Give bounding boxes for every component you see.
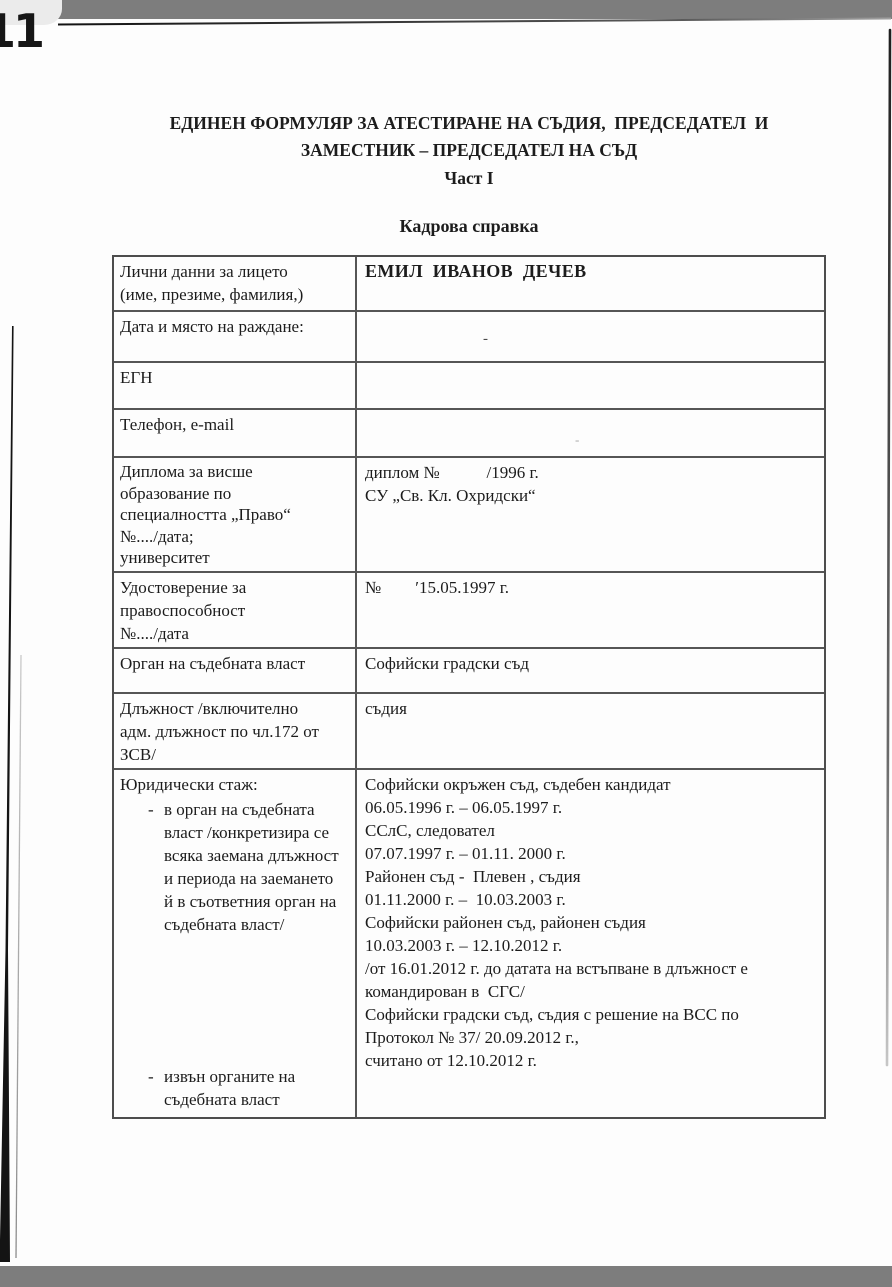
row-label: Дата и място на раждане: (114, 312, 357, 361)
row-label: Орган на съдебната власт (114, 649, 357, 692)
row-label: Удостоверение за правоспособност №..../д… (114, 573, 357, 647)
legal-experience-intro: Юридически стаж: (120, 773, 349, 796)
table-row-egn: ЕГН (114, 361, 824, 408)
document-header: ЕДИНЕН ФОРМУЛЯР ЗА АТЕСТИРАНЕ НА СЪДИЯ, … (112, 110, 826, 238)
stray-mark: - (575, 428, 579, 451)
row-label: Телефон, e-mail (114, 410, 357, 456)
row-value-position: съдия (357, 694, 824, 768)
row-label-legal-experience: Юридически стаж: - в орган на съдебната … (114, 770, 357, 1117)
document-title-line2: ЗАМЕСТНИК – ПРЕДСЕДАТЕЛ НА СЪД (112, 137, 826, 164)
row-value-contact: - (357, 410, 824, 456)
personnel-record-table: Лични данни за лицето (име, презиме, фам… (112, 255, 826, 1119)
row-label: Длъжност /включително адм. длъжност по ч… (114, 694, 357, 768)
row-value-certificate: № ′15.05.1997 г. (357, 573, 824, 647)
row-value-name: ЕМИЛ ИВАНОВ ДЕЧЕВ (357, 257, 824, 310)
row-value-diploma: диплом № /1996 г. СУ „Св. Кл. Охридски“ (357, 458, 824, 571)
row-label: Диплома за висше образование по специалн… (114, 458, 357, 571)
bullet-item-judicial: - в орган на съдебната власт /конкретизи… (120, 798, 349, 936)
bullet-dash: - (148, 798, 164, 936)
table-row-legal-experience: Юридически стаж: - в орган на съдебната … (114, 768, 824, 1117)
row-label: ЕГН (114, 363, 357, 408)
table-row-contact: Телефон, e-mail - (114, 408, 824, 456)
scanned-document-page: { "scan": { "corner_number": "11" }, "do… (0, 0, 892, 1287)
table-row-certificate: Удостоверение за правоспособност №..../д… (114, 571, 824, 647)
bullet-text: извън органите на съдебната власт (164, 1065, 344, 1111)
section-title: Кадрова справка (112, 214, 826, 238)
document-part-label: Част I (112, 165, 826, 192)
scanner-top-bar (0, 0, 892, 19)
row-value-authority: Софийски градски съд (357, 649, 824, 692)
row-value-birth: - (357, 312, 824, 361)
scan-artifact-right-line (887, 30, 890, 1065)
row-value-egn (357, 363, 824, 408)
table-row-personal-data: Лични данни за лицето (име, презиме, фам… (114, 257, 824, 310)
table-row-birth: Дата и място на раждане: - (114, 310, 824, 361)
document-title-line1: ЕДИНЕН ФОРМУЛЯР ЗА АТЕСТИРАНЕ НА СЪДИЯ, … (112, 110, 826, 137)
scan-artifact-left-strip (0, 326, 14, 1262)
stray-mark: - (483, 328, 488, 351)
row-value-legal-experience: Софийски окръжен съд, съдебен кандидат 0… (357, 770, 824, 1117)
bullet-text: в орган на съдебната власт /конкретизира… (164, 798, 344, 936)
scan-artifact-top-line (58, 19, 891, 25)
page-corner-number: 11 (0, 8, 42, 54)
table-row-authority: Орган на съдебната власт Софийски градск… (114, 647, 824, 692)
scan-artifact-left-faint-line (16, 655, 21, 1258)
bullet-dash: - (148, 1065, 164, 1111)
table-row-diploma: Диплома за висше образование по специалн… (114, 456, 824, 571)
row-label: Лични данни за лицето (име, презиме, фам… (114, 257, 357, 310)
table-row-position: Длъжност /включително адм. длъжност по ч… (114, 692, 824, 768)
scanner-bottom-bar (0, 1266, 892, 1287)
bullet-item-outside: - извън органите на съдебната власт (120, 1065, 349, 1111)
